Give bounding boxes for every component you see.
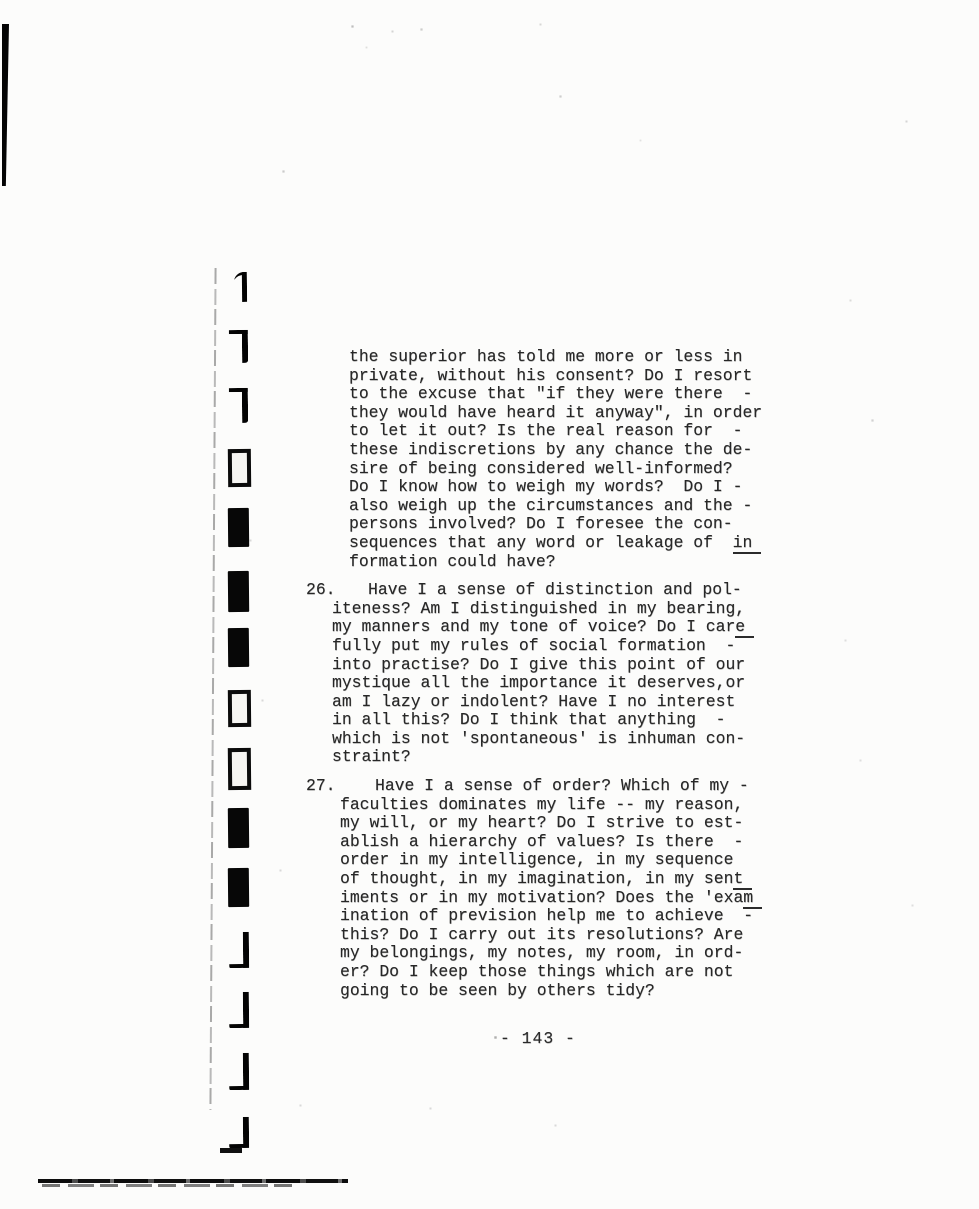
binder-mark-jhook <box>229 1053 249 1090</box>
text-line: er? Do I keep those things which are not <box>306 963 866 982</box>
text-line: faculties dominates my life -- my reason… <box>306 796 866 815</box>
binder-mark-jhook <box>229 932 249 968</box>
text-line: which is not 'spontaneous' is inhuman co… <box>306 730 866 749</box>
text-line: of thought, in my imagination, in my sen… <box>306 870 866 889</box>
text-line: fully put my rules of social formation - <box>306 637 866 656</box>
text-line: going to be seen by others tidy? <box>306 982 866 1001</box>
hyphen-underline-text: e <box>735 617 754 638</box>
text-line: these indiscretions by any chance the de… <box>306 441 866 460</box>
text-line: to let it out? Is the real reason for - <box>306 422 866 441</box>
text-line: sequences that any word or leakage of in <box>306 534 866 553</box>
text-line: my manners and my tone of voice? Do I ca… <box>306 618 866 637</box>
scan-smudge-line-secondary <box>42 1184 294 1187</box>
text-line: Do I know how to weigh my words? Do I - <box>306 478 866 497</box>
binder-mark-solid <box>228 808 249 848</box>
binder-mark-box <box>228 449 251 487</box>
binder-mark-jhook <box>229 1117 249 1148</box>
text-line: ination of prevision help me to achieve … <box>306 907 866 926</box>
binder-mark-hook <box>229 330 248 363</box>
page-number: - 143 - <box>500 1029 576 1048</box>
paragraph: 27.Have I a sense of order? Which of my … <box>306 777 866 1000</box>
text-column: the superior has told me more or less in… <box>306 348 866 1010</box>
hyphen-underline-text: in <box>733 533 762 554</box>
text-line: the superior has told me more or less in <box>306 348 866 367</box>
binder-mark-solid <box>228 508 249 547</box>
binder-mark-curve <box>234 272 247 302</box>
text-line: into practise? Do I give this point of o… <box>306 656 866 675</box>
binder-mark-box <box>228 748 251 790</box>
binder-mark-jhook <box>229 992 249 1028</box>
scan-edge-artifact <box>2 24 9 186</box>
text-line: to the excuse that "if they were there - <box>306 385 866 404</box>
binder-mark-hook <box>229 388 248 423</box>
text-line: persons involved? Do I foresee the con- <box>306 515 866 534</box>
text-line: my belongings, my notes, my room, in ord… <box>306 944 866 963</box>
paragraph-number: 26. <box>306 581 336 600</box>
paragraph: the superior has told me more or less in… <box>306 348 866 571</box>
text-line: straint? <box>306 748 866 767</box>
fold-line <box>209 268 216 1110</box>
binder-mark-box <box>228 690 251 727</box>
text-line: they would have heard it anyway", in ord… <box>306 404 866 423</box>
text-line: sire of being considered well-informed? <box>306 460 866 479</box>
binder-mark-solid <box>228 628 249 667</box>
text-line: am I lazy or indolent? Have I no interes… <box>306 693 866 712</box>
text-line: private, without his consent? Do I resor… <box>306 367 866 386</box>
text-line: iteness? Am I distinguished in my bearin… <box>306 600 866 619</box>
text-line: this? Do I carry out its resolutions? Ar… <box>306 926 866 945</box>
text-line: formation could have? <box>306 553 866 572</box>
text-line: also weigh up the circumstances and the … <box>306 497 866 516</box>
text-line: order in my intelligence, in my sequence <box>306 851 866 870</box>
text-line: in all this? Do I think that anything - <box>306 711 866 730</box>
hyphen-underline-text: t <box>733 869 752 890</box>
text-line: iments or in my motivation? Does the 'ex… <box>306 889 866 908</box>
binder-mark-solid <box>228 868 249 907</box>
binder-mark-solid <box>228 571 249 612</box>
text-line: Have I a sense of distinction and pol- <box>306 581 866 600</box>
scan-noise-speckles <box>0 0 1 1</box>
text-line: Have I a sense of order? Which of my - <box>306 777 866 796</box>
scan-smudge-dash <box>220 1148 242 1153</box>
text-line: ablish a hierarchy of values? Is there - <box>306 833 866 852</box>
text-line: mystique all the importance it deserves,… <box>306 674 866 693</box>
scan-smudge-line <box>38 1179 348 1183</box>
text-line: my will, or my heart? Do I strive to est… <box>306 814 866 833</box>
paragraph-number: 27. <box>306 777 336 796</box>
paragraph: 26.Have I a sense of distinction and pol… <box>306 581 866 767</box>
